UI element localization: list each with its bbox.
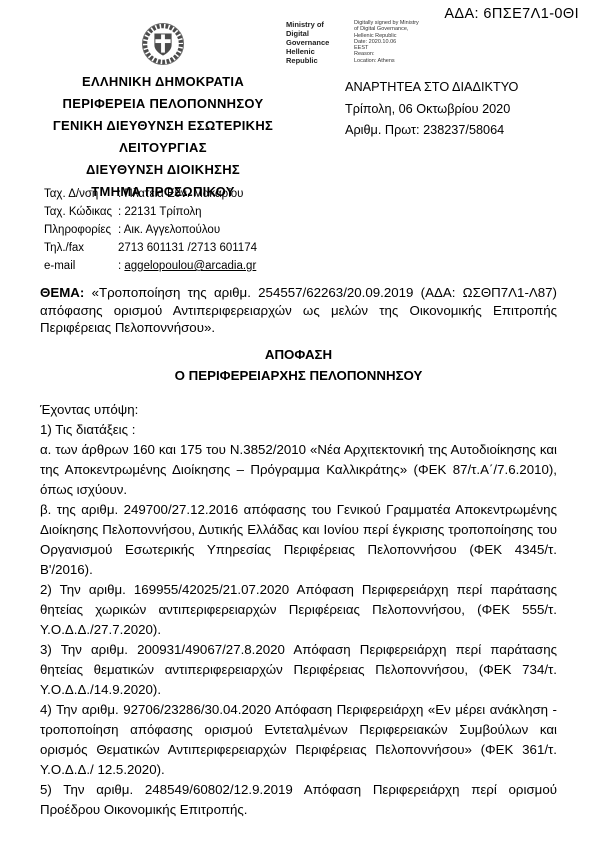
- document-meta: ΑΝΑΡΤΗΤΕΑ ΣΤΟ ΔΙΑΔΙΚΤΥΟ Τρίπολη, 06 Οκτω…: [345, 77, 518, 142]
- decision-title: ΑΠΟΦΑΣΗ: [40, 344, 557, 365]
- stamp-organization: Ministry of Digital Governance Hellenic …: [286, 20, 348, 65]
- subject-text: «Τροποποίηση της αριθμ. 254557/62263/20.…: [40, 285, 557, 335]
- contact-label: Τηλ./fax: [44, 239, 118, 257]
- subject-label: ΘΕΜΑ:: [40, 285, 84, 300]
- body-paragraph-1b: β. της αριθμ. 249700/27.12.2016 απόφασης…: [40, 500, 557, 580]
- contact-details: Ταχ. Δ/νση : Πλατεία Εθν. Μακαρίου Ταχ. …: [44, 185, 324, 275]
- contact-row-address: Ταχ. Δ/νση : Πλατεία Εθν. Μακαρίου: [44, 185, 324, 203]
- email-link[interactable]: aggelopoulou@arcadia.gr: [124, 260, 256, 272]
- body-paragraph-1a: α. των άρθρων 160 και 175 του Ν.3852/201…: [40, 440, 557, 500]
- contact-label: Ταχ. Κώδικας: [44, 203, 118, 221]
- stamp-sig-line: Location: Athens: [354, 58, 419, 64]
- stamp-org-line: Ministry of Digital: [286, 20, 348, 38]
- contact-row-email: e-mail : aggelopoulou@arcadia.gr: [44, 257, 324, 275]
- contact-row-information: Πληροφορίες : Αικ. Αγγελοπούλου: [44, 221, 324, 239]
- body-paragraph-4: 4) Την αριθμ. 92706/23286/30.04.2020 Από…: [40, 700, 557, 780]
- body-paragraph-1: 1) Τις διατάξεις :: [40, 420, 557, 440]
- document-body: ΘΕΜΑ: «Τροποποίηση της αριθμ. 254557/622…: [40, 284, 557, 820]
- stamp-org-line: Hellenic Republic: [286, 47, 348, 65]
- contact-label: e-mail: [44, 257, 118, 275]
- contact-label: Πληροφορίες: [44, 221, 118, 239]
- contact-label: Ταχ. Δ/νση: [44, 185, 118, 203]
- contact-value: : Πλατεία Εθν. Μακαρίου: [118, 185, 243, 203]
- decision-subtitle: Ο ΠΕΡΙΦΕΡΕΙΑΡΧΗΣ ΠΕΛΟΠΟΝΝΗΣΟΥ: [40, 365, 557, 386]
- stamp-signature-details: Digitally signed by Ministry of Digital …: [354, 20, 419, 65]
- letterhead-line-republic: ΕΛΛΗΝΙΚΗ ΔΗΜΟΚΡΑΤΙΑ: [38, 71, 288, 93]
- greek-coat-of-arms-icon: [140, 22, 186, 66]
- letterhead-line-operation: ΛΕΙΤΟΥΡΓΙΑΣ: [38, 137, 288, 159]
- place-and-date: Τρίπολη, 06 Οκτωβρίου 2020: [345, 99, 518, 121]
- contact-value: : Αικ. Αγγελοπούλου: [118, 221, 220, 239]
- contact-value: 2713 601131 /2713 601174: [118, 239, 257, 257]
- digital-signature-stamp: Ministry of Digital Governance Hellenic …: [286, 20, 466, 65]
- document-page: ΑΔΑ: 6ΠΣΕ7Λ1-0ΘΙ Ministry of Digital Gov…: [0, 0, 595, 842]
- letterhead-line-region: ΠΕΡΙΦΕΡΕΙΑ ΠΕΛΟΠΟΝΝΗΣΟΥ: [38, 93, 288, 115]
- letterhead: ΕΛΛΗΝΙΚΗ ΔΗΜΟΚΡΑΤΙΑ ΠΕΡΙΦΕΡΕΙΑ ΠΕΛΟΠΟΝΝΗ…: [38, 22, 288, 203]
- protocol-number: Αριθμ. Πρωτ: 238237/58064: [345, 120, 518, 142]
- contact-row-phone-fax: Τηλ./fax 2713 601131 /2713 601174: [44, 239, 324, 257]
- stamp-org-line: Governance: [286, 38, 348, 47]
- publish-note: ΑΝΑΡΤΗΤΕΑ ΣΤΟ ΔΙΑΔΙΚΤΥΟ: [345, 77, 518, 99]
- contact-value: : 22131 Τρίπολη: [118, 203, 202, 221]
- subject-paragraph: ΘΕΜΑ: «Τροποποίηση της αριθμ. 254557/622…: [40, 284, 557, 337]
- contact-value: : aggelopoulou@arcadia.gr: [118, 257, 256, 275]
- body-intro: Έχοντας υπόψη:: [40, 400, 557, 420]
- body-paragraph-2: 2) Την αριθμ. 169955/42025/21.07.2020 Απ…: [40, 580, 557, 640]
- body-paragraph-3: 3) Την αριθμ. 200931/49067/27.8.2020 Από…: [40, 640, 557, 700]
- letterhead-line-directorate: ΔΙΕΥΘΥΝΣΗ ΔΙΟΙΚΗΣΗΣ: [38, 159, 288, 181]
- body-paragraph-5: 5) Την αριθμ. 248549/60802/12.9.2019 Από…: [40, 780, 557, 820]
- letterhead-line-directorate-general: ΓΕΝΙΚΗ ΔΙΕΥΘΥΝΣΗ ΕΣΩΤΕΡΙΚΗΣ: [38, 115, 288, 137]
- contact-row-postal-code: Ταχ. Κώδικας : 22131 Τρίπολη: [44, 203, 324, 221]
